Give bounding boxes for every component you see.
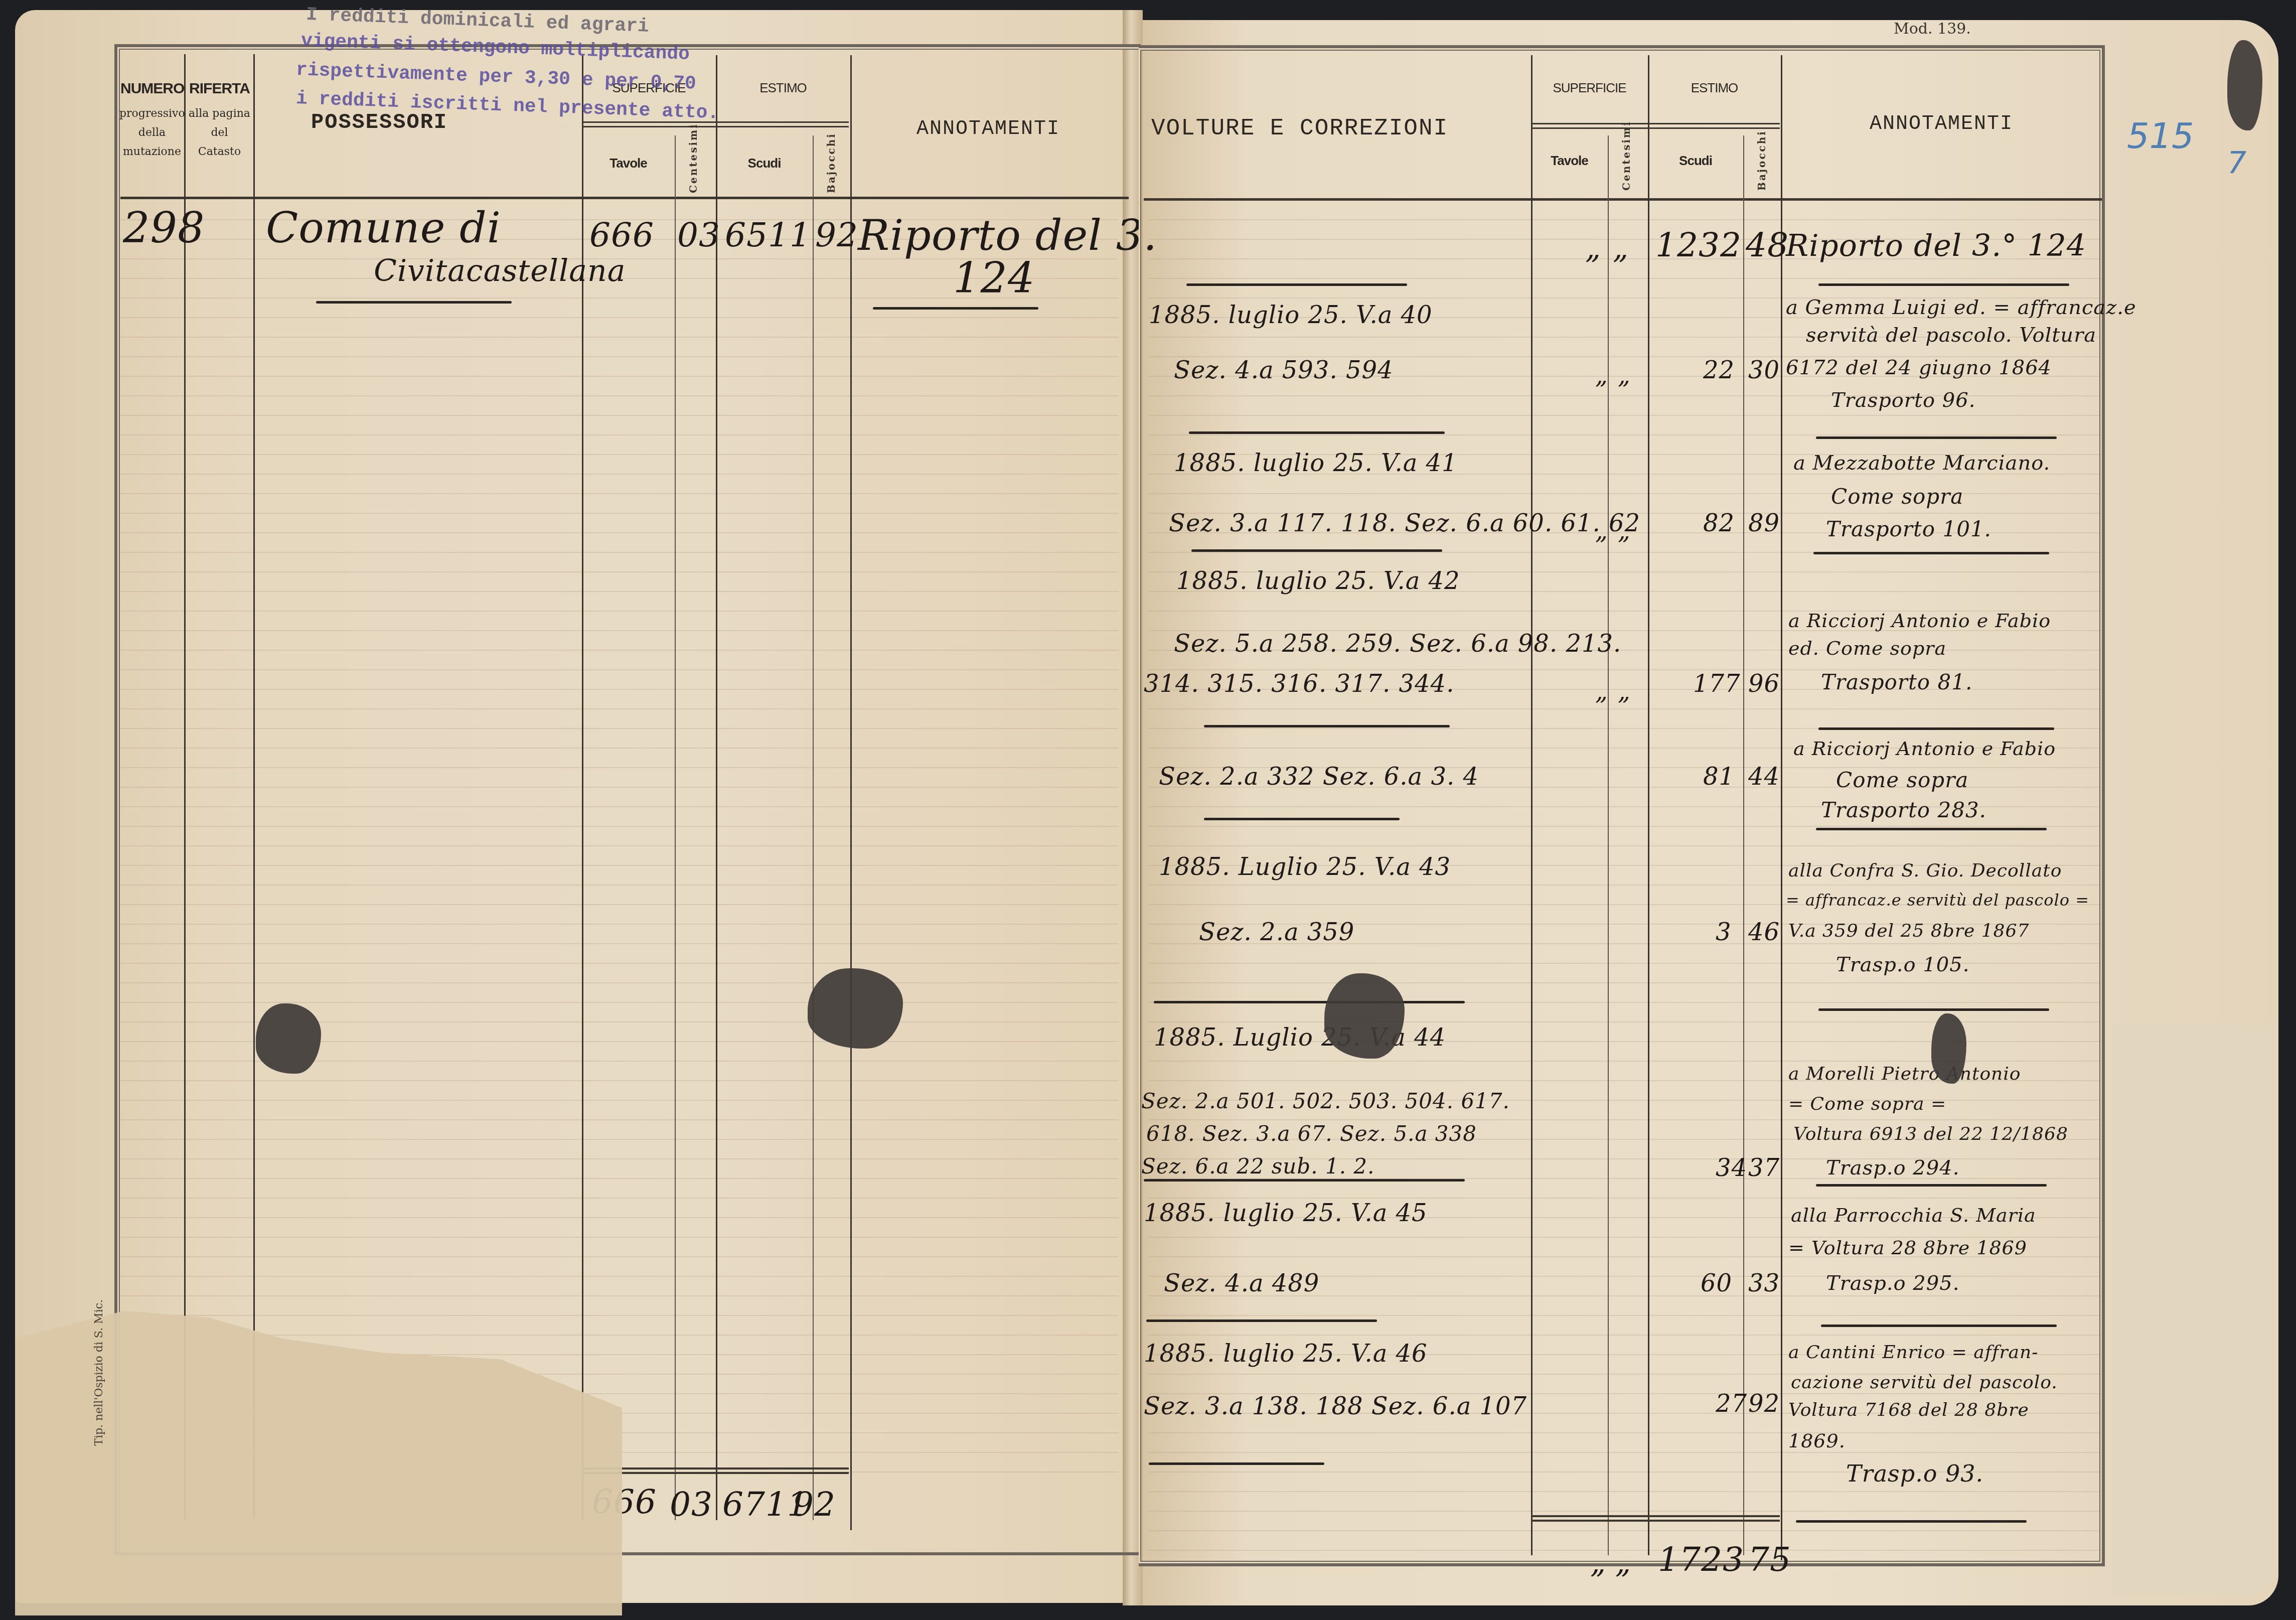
underline	[1818, 1008, 2049, 1011]
entry-bajocchi: 89	[1748, 509, 1780, 537]
total-centesimi: „	[1615, 1545, 1631, 1580]
entry-sezioni: Sez. 6.a 22 sub. 1. 2.	[1141, 1154, 1374, 1179]
entry-annotamento: Voltura 7168 del 28 8bre	[1788, 1400, 2029, 1420]
entry-scudi: 60	[1701, 1269, 1732, 1297]
entry-sezioni: Sez. 2.a 501. 502. 503. 504. 617.	[1141, 1089, 1510, 1113]
header-sub-line: alla pagina	[186, 104, 253, 123]
header-annotamenti: ANNOTAMENTI	[1783, 113, 2099, 135]
total-tavole: „	[1590, 1545, 1606, 1580]
entry-scudi: 82	[1703, 509, 1735, 537]
entry-sezioni: Sez. 2.a 359	[1199, 918, 1354, 946]
entry-scudi: 3	[1716, 918, 1732, 946]
header-tavole: Tavole	[1531, 153, 1608, 169]
header-tavole: Tavole	[582, 156, 675, 171]
underline	[1816, 828, 2047, 830]
col-divider	[1743, 135, 1744, 1555]
entry-annotamento: alla Confra S. Gio. Decollato	[1788, 860, 2062, 881]
col-divider	[1608, 135, 1609, 1555]
col-divider	[716, 55, 717, 1520]
ink-blot	[808, 968, 903, 1049]
entry-centesimi: „	[1618, 361, 1631, 389]
entry-annotamento: a Cantini Enrico = affran-	[1788, 1342, 2038, 1363]
underline	[1191, 549, 1442, 552]
opening-tavole: „	[1585, 231, 1601, 266]
entry-tavole: 666	[589, 216, 654, 254]
entry-annotamento: Trasporto 96.	[1831, 389, 1975, 412]
pencil-mark-515: 515	[2127, 115, 2194, 157]
paper-repair-patch	[2112, 1023, 2277, 1595]
entry-annotamento: a Morelli Pietro Antonio	[1788, 1064, 2021, 1084]
entry-annotamento-line2: 124	[953, 253, 1035, 303]
entry-annotamento: Trasp.o 294.	[1826, 1156, 1959, 1180]
entry-scudi: 81	[1703, 763, 1735, 791]
entry-annotamento: Come sopra	[1836, 768, 1968, 792]
entry-bajocchi: 44	[1748, 763, 1780, 791]
header-scudi: Scudi	[1648, 153, 1743, 169]
form-code: Mod. 139.	[1894, 20, 1971, 38]
entry-annotamento: alla Parrocchia S. Maria	[1791, 1204, 2036, 1226]
underline	[1796, 1520, 2027, 1523]
entry-annotamento: Trasporto 81.	[1821, 670, 1972, 694]
underline	[1818, 283, 2069, 286]
printer-imprint: Tip. nell'Ospizio di S. Mic.	[93, 1299, 105, 1446]
entry-sezioni: Sez. 3.a 138. 188 Sez. 6.a 107	[1144, 1392, 1527, 1420]
header-annotamenti: ANNOTAMENTI	[853, 118, 1124, 140]
header-possessori: POSSESSORI	[311, 110, 447, 134]
header-centesimi: Centesimi	[687, 143, 699, 193]
header-scudi: Scudi	[716, 156, 813, 171]
entry-sezioni: Sez. 4.a 593. 594	[1174, 356, 1394, 384]
entry-numero: 298	[123, 203, 205, 252]
right-header-divider	[1144, 198, 2102, 201]
total-scudi: 1723	[1658, 1540, 1744, 1579]
entry-date: 1885. luglio 25. V.a 41	[1174, 449, 1458, 477]
entry-annotamento: V.a 359 del 25 8bre 1867	[1788, 921, 2029, 941]
col-divider	[813, 135, 814, 1520]
entry-annotamento: a Gemma Luigi ed. = affrancaz.e	[1786, 296, 2136, 319]
entry-date: 1885. Luglio 25. V.a 43	[1159, 853, 1451, 881]
entry-annotamento: Trasp.o 105.	[1836, 953, 1969, 976]
col-divider	[253, 54, 255, 1519]
entry-centesimi: „	[1618, 677, 1631, 705]
entry-sezioni: Sez. 2.a 332 Sez. 6.a 3. 4	[1159, 763, 1479, 791]
entry-tavole: „	[1595, 677, 1608, 705]
header-sub-line: della	[119, 123, 185, 142]
opening-annotamento: Riporto del 3.° 124	[1786, 228, 2086, 263]
entry-annotamento-line1: Riporto del 3.	[858, 211, 1157, 260]
entry-scudi: 34	[1716, 1154, 1747, 1182]
entry-bajocchi: 37	[1748, 1154, 1780, 1182]
header-superficie: SUPERFICIE	[1531, 80, 1648, 96]
entry-annotamento: Trasp.o 295.	[1826, 1272, 1959, 1295]
underline	[316, 301, 512, 304]
entry-centesimi: „	[1618, 517, 1631, 545]
underline	[1204, 725, 1450, 727]
subheader-divider	[1532, 123, 1780, 124]
entry-scudi: 22	[1703, 356, 1735, 384]
col-divider	[1531, 55, 1533, 1555]
underline	[1816, 436, 2057, 439]
underline	[1146, 1319, 1377, 1322]
entry-bajocchi: 96	[1748, 670, 1780, 698]
entry-annotamento: 6172 del 24 giugno 1864	[1786, 356, 2052, 379]
underline	[1821, 1324, 2057, 1327]
col-divider	[850, 55, 852, 1530]
entry-annotamento: Voltura 6913 del 22 12/1868	[1793, 1124, 2068, 1144]
underline	[1813, 552, 2049, 554]
entry-bajocchi: 30	[1748, 356, 1780, 384]
underline	[1149, 1462, 1324, 1465]
ink-blot	[2227, 40, 2262, 130]
entry-annotamento: = Come sopra =	[1788, 1094, 1946, 1114]
ink-blot	[256, 1003, 321, 1074]
entry-date: 1885. luglio 25. V.a 40	[1149, 301, 1433, 329]
header-estimo: ESTIMO	[1648, 80, 1781, 96]
entry-bajocchi: 92	[815, 216, 858, 254]
entry-annotamento: servità del pascolo. Voltura	[1806, 324, 2096, 347]
header-numero: NUMERO	[120, 80, 183, 97]
entry-tavole: „	[1595, 361, 1608, 389]
header-riferta: RIFERTA	[186, 80, 253, 97]
left-header-divider	[120, 197, 1129, 199]
total-bajocchi: 75	[1748, 1540, 1791, 1579]
header-sub-line: del	[186, 123, 253, 142]
entry-annotamento: Trasporto 283.	[1821, 798, 1986, 822]
total-bajocchi: 92	[793, 1485, 836, 1524]
entry-annotamento: Come sopra	[1831, 484, 1963, 509]
header-volture: VOLTURE E CORREZIONI	[1151, 115, 1448, 141]
entry-sezioni: Sez. 4.a 489	[1164, 1269, 1319, 1297]
col-divider	[675, 135, 676, 1520]
header-bajocchi: Bajocchi	[825, 143, 837, 193]
entry-sezioni: 618. Sez. 3.a 67. Sez. 5.a 338	[1146, 1121, 1477, 1146]
ink-blot	[1931, 1013, 1966, 1084]
col-divider	[1648, 55, 1649, 1555]
entry-annotamento: Trasp.o 93.	[1846, 1460, 1983, 1487]
header-centesimi: Centesimi	[1620, 140, 1632, 191]
opening-centesimi: „	[1613, 231, 1629, 266]
entry-scudi: 6511	[725, 216, 811, 254]
header-estimo: ESTIMO	[716, 80, 850, 96]
underline	[1189, 431, 1445, 434]
entry-tavole: „	[1595, 517, 1608, 545]
entry-annotamento: = Voltura 28 8bre 1869	[1788, 1237, 2027, 1259]
entry-date: 1885. luglio 25. V.a 46	[1144, 1340, 1428, 1368]
header-bajocchi: Bajocchi	[1756, 140, 1768, 191]
entry-date: 1885. luglio 25. V.a 42	[1176, 567, 1460, 595]
underline	[1816, 1184, 2047, 1187]
opening-bajocchi: 48	[1746, 226, 1789, 264]
underline	[1186, 283, 1407, 286]
entry-annotamento: a Ricciorj Antonio e Fabio	[1788, 610, 2051, 632]
entry-scudi: 27	[1716, 1390, 1747, 1418]
ink-blot	[1324, 973, 1405, 1059]
entry-sezioni: Sez. 3.a 117. 118. Sez. 6.a 60. 61. 62	[1169, 509, 1640, 537]
entry-annotamento: Trasporto 101.	[1826, 517, 1992, 541]
entry-possessore-line1: Comune di	[266, 203, 501, 252]
entry-date: 1885. luglio 25. V.a 45	[1144, 1199, 1428, 1227]
header-riferta-sub: alla pagina del Catasto	[186, 104, 253, 162]
opening-scudi: 1232	[1655, 226, 1742, 264]
entry-sezioni: 314. 315. 316. 317. 344.	[1144, 670, 1454, 698]
entry-centesimi: 03	[677, 216, 720, 254]
header-numero-sub: progressivo della mutazione	[119, 104, 185, 162]
entry-annotamento: = affrancaz.e servitù del pascolo =	[1786, 891, 2089, 910]
pencil-mark-7: 7	[2227, 145, 2246, 181]
entry-annotamento: a Ricciorj Antonio e Fabio	[1793, 738, 2056, 760]
entry-scudi: 177	[1693, 670, 1741, 698]
entry-possessore-line2: Civitacastellana	[374, 253, 626, 288]
total-centesimi: 03	[670, 1485, 713, 1524]
totals-divider	[1532, 1515, 1780, 1517]
entry-bajocchi: 33	[1748, 1269, 1780, 1297]
header-sub-line: progressivo	[119, 104, 185, 123]
underline	[1154, 1001, 1465, 1003]
totals-divider	[583, 1467, 849, 1469]
entry-bajocchi: 92	[1748, 1390, 1780, 1418]
entry-sezioni: Sez. 5.a 258. 259. Sez. 6.a 98. 213.	[1174, 630, 1621, 658]
underline	[1204, 818, 1400, 820]
entry-annotamento: ed. Come sopra	[1788, 637, 1946, 659]
underline	[873, 307, 1038, 310]
underline	[1144, 1179, 1465, 1182]
header-sub-line: mutazione	[119, 142, 185, 162]
header-sub-line: Catasto	[186, 142, 253, 162]
col-divider	[1781, 55, 1782, 1560]
entry-annotamento: cazione servitù del pascolo.	[1791, 1372, 2058, 1393]
entry-bajocchi: 46	[1748, 918, 1780, 946]
entry-annotamento: 1869.	[1788, 1430, 1846, 1452]
underline	[1818, 727, 2054, 730]
col-divider	[184, 54, 186, 1519]
entry-annotamento: a Mezzabotte Marciano.	[1793, 452, 2050, 475]
